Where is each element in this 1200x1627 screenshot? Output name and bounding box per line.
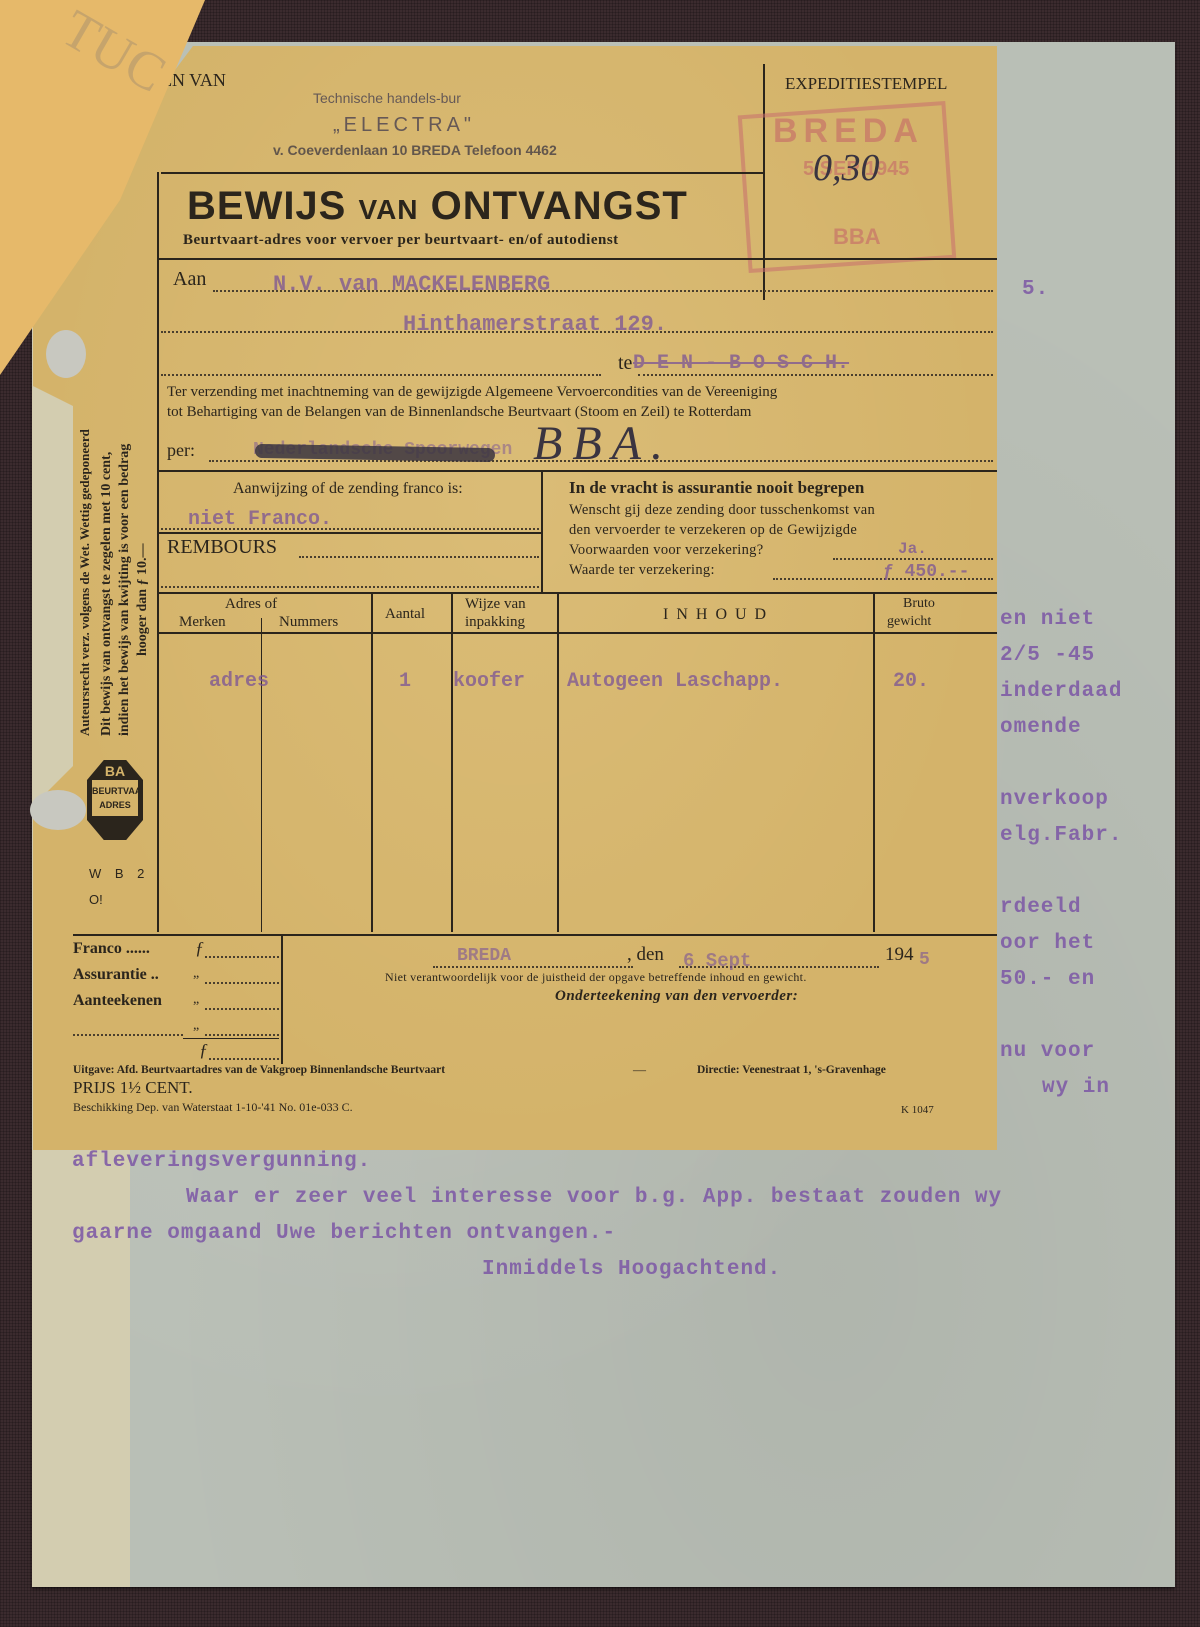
- title-word-van: VAN: [358, 194, 418, 225]
- footer-dash: —: [633, 1062, 646, 1078]
- directie-text: Directie: Veenestraat 1, 's-Gravenhage: [697, 1064, 886, 1076]
- publisher-text: Uitgave: Afd. Beurtvaartadres van de Vak…: [73, 1064, 445, 1076]
- letter-closing: Inmiddels Hoogachtend.: [482, 1258, 781, 1281]
- letter-fragment: 50.- en: [1000, 968, 1095, 991]
- franco-heading: Aanwijzing of de zending franco is:: [233, 480, 463, 498]
- letter-line: afleveringsvergunning.: [72, 1150, 371, 1173]
- form-left-border: [157, 172, 159, 932]
- recipient-city: D E N - B O S C H.: [633, 352, 849, 375]
- header-merken: Merken: [179, 614, 226, 631]
- insurance-q2: den vervoerder te verzekeren op de Gewij…: [569, 522, 857, 539]
- receipt-slip: EN VAN Technische handels-bur „ELECTRA" …: [33, 46, 997, 1150]
- insurance-answer: Ja.: [898, 540, 927, 558]
- row-bruto: 20.: [893, 670, 929, 693]
- year-suffix: 5: [919, 950, 930, 970]
- letter-fragment: inderdaad: [1000, 680, 1122, 703]
- recipient-street: Hinthamerstraat 129.: [403, 312, 667, 337]
- aan-label: Aan: [173, 268, 206, 291]
- cost-assurantie-line: [205, 982, 279, 984]
- year-prefix: 194: [885, 944, 914, 966]
- disclaimer: Niet verantwoordelijk voor de juistheid …: [385, 970, 807, 985]
- cost-box-border: [281, 934, 283, 1064]
- wb-code: W B 2: [89, 866, 149, 881]
- col-divider: [873, 594, 875, 932]
- cost-franco-currency: ƒ: [195, 938, 204, 959]
- cost-extra-ditto: „: [193, 1018, 199, 1034]
- decree-text: Beschikking Dep. van Waterstaat 1-10-'41…: [73, 1100, 353, 1115]
- city-line-left: [161, 374, 601, 376]
- rembours-line-2: [161, 586, 539, 588]
- top-rule: [161, 172, 763, 174]
- letter-fragment: wy in: [1042, 1076, 1110, 1099]
- col-divider: [557, 594, 559, 932]
- cost-franco-label: Franco ......: [73, 940, 150, 958]
- logo-line2: ADRES: [92, 798, 138, 812]
- cost-sum-rule: [183, 1038, 279, 1039]
- table-bottom-rule: [73, 934, 997, 936]
- col-divider: [371, 594, 373, 932]
- header-bruto-2: gewicht: [887, 614, 931, 630]
- letter-fragment: nverkoop: [1000, 788, 1109, 811]
- insurance-value-label: Waarde ter verzekering:: [569, 562, 715, 579]
- header-inhoud: I N H O U D: [663, 606, 768, 624]
- header-nummers: Nummers: [279, 614, 338, 631]
- form-code: K 1047: [901, 1104, 934, 1116]
- letter-fragment: nu voor: [1000, 1040, 1095, 1063]
- row-inhoud: Autogeen Laschapp.: [567, 670, 783, 693]
- letter-fragment: elg.Fabr.: [1000, 824, 1122, 847]
- letter-fragment: rdeeld: [1000, 896, 1082, 919]
- per-rule: [159, 470, 997, 472]
- folded-corner-letters: TUC: [52, 0, 177, 105]
- handwritten-postage: 0,30: [813, 146, 880, 190]
- rembours-rule: [159, 532, 541, 534]
- place-line: [433, 966, 633, 968]
- header-bruto-1: Bruto: [903, 596, 935, 612]
- letter-fragment: en niet: [1000, 608, 1095, 631]
- franco-divider: [541, 470, 543, 592]
- table-top-rule: [159, 592, 997, 594]
- row-wijze: koofer: [453, 670, 525, 693]
- rembours-line: [299, 556, 539, 558]
- sender-stamp-line2: „ELECTRA": [333, 114, 475, 137]
- insurance-heading: In de vracht is assurantie nooit begrepe…: [569, 478, 864, 498]
- rembours-label: REMBOURS: [167, 536, 277, 559]
- table-header-rule: [159, 632, 997, 634]
- col-divider: [451, 594, 453, 932]
- letter-line: Waar er zeer veel interesse voor b.g. Ap…: [186, 1186, 1002, 1209]
- letter-line: gaarne omgaand Uwe berichten ontvangen.-: [72, 1222, 616, 1245]
- sender-stamp-line3: v. Coeverdenlaan 10 BREDA Telefoon 4462: [273, 142, 557, 158]
- insurance-value: ƒ 450.--: [883, 562, 969, 582]
- header-aantal: Aantal: [385, 606, 425, 623]
- form-title: BEWIJS VAN ONTVANGST: [187, 184, 688, 229]
- recipient-name: N.V. van MACKELENBERG: [273, 272, 550, 297]
- side-text-condition: indien het bewijs van kwijting is voor e…: [117, 444, 133, 736]
- title-word-ontvangst: ONTVANGST: [431, 184, 688, 228]
- place-value: BREDA: [457, 946, 511, 966]
- side-text-stamp-duty: Dit bewijs van ontvangst te zegelen met …: [99, 452, 115, 736]
- insurance-q1: Wenscht gij deze zending door tusschenko…: [569, 502, 875, 519]
- torn-hole: [30, 790, 86, 830]
- per-label: per:: [167, 440, 195, 461]
- letter-fragment: 2/5 -45: [1000, 644, 1095, 667]
- insurance-answer-line: [833, 558, 993, 560]
- logo-label: BEURTVAART ADRES: [92, 780, 138, 816]
- beurtvaart-adres-logo: BA BEURTVAART ADRES: [87, 760, 143, 840]
- row-merken: adres: [209, 670, 269, 693]
- side-text-copyright: Auteursrecht verz. volgens de Wet. Wetti…: [77, 429, 93, 736]
- cost-extra-line: [205, 1034, 279, 1036]
- cost-aanteekenen-line: [205, 1008, 279, 1010]
- o-code: O!: [89, 892, 103, 907]
- header-wijze-2: inpakking: [465, 614, 525, 631]
- per-handwritten: BBA.: [533, 416, 673, 471]
- row-aantal: 1: [399, 670, 411, 693]
- insurance-q3: Voorwaarden voor verzekering?: [569, 542, 763, 559]
- price-text: PRIJS 1½ CENT.: [73, 1078, 193, 1098]
- form-subtitle: Beurtvaart-adres voor vervoer per beurtv…: [183, 232, 619, 249]
- letter-fragment: omende: [1000, 716, 1082, 739]
- header-wijze-1: Wijze van: [465, 596, 526, 613]
- expedition-stamp-label: EXPEDITIESTEMPEL: [785, 74, 947, 94]
- title-word-bewijs: BEWIJS: [187, 184, 346, 228]
- cost-total-currency: ƒ: [199, 1040, 208, 1061]
- cost-aanteekenen-label: Aanteekenen: [73, 992, 162, 1010]
- letter-fragment: oor het: [1000, 932, 1095, 955]
- cost-assurantie-label: Assurantie ..: [73, 966, 159, 984]
- den-label: , den: [627, 944, 664, 966]
- date-value: 6 Sept: [683, 950, 751, 972]
- col-divider-sub: [261, 618, 262, 932]
- page-number: 5.: [1022, 278, 1049, 301]
- cost-extra-label-line: [73, 1034, 183, 1036]
- subtitle-rule: [159, 258, 997, 260]
- header-adres-of: Adres of: [225, 596, 277, 613]
- logo-line1: BEURTVAART: [92, 784, 138, 798]
- te-label: te: [618, 352, 632, 375]
- torn-hole: [46, 330, 86, 378]
- cost-total-line: [209, 1058, 279, 1060]
- conditions-line1: Ter verzending met inachtneming van de g…: [167, 384, 777, 401]
- signature-label: Onderteekening van den vervoerder:: [555, 988, 798, 1005]
- cost-assurantie-ditto: „: [193, 966, 199, 982]
- franco-value: niet Franco.: [188, 508, 332, 531]
- postmark-code: BBA: [833, 224, 881, 250]
- cost-aanteekenen-ditto: „: [193, 992, 199, 1008]
- sender-stamp-line1: Technische handels-bur: [313, 90, 461, 106]
- logo-monogram: BA: [87, 763, 143, 779]
- cost-franco-line: [205, 956, 279, 958]
- side-text-amount: hooger dan ƒ 10.—: [135, 543, 151, 656]
